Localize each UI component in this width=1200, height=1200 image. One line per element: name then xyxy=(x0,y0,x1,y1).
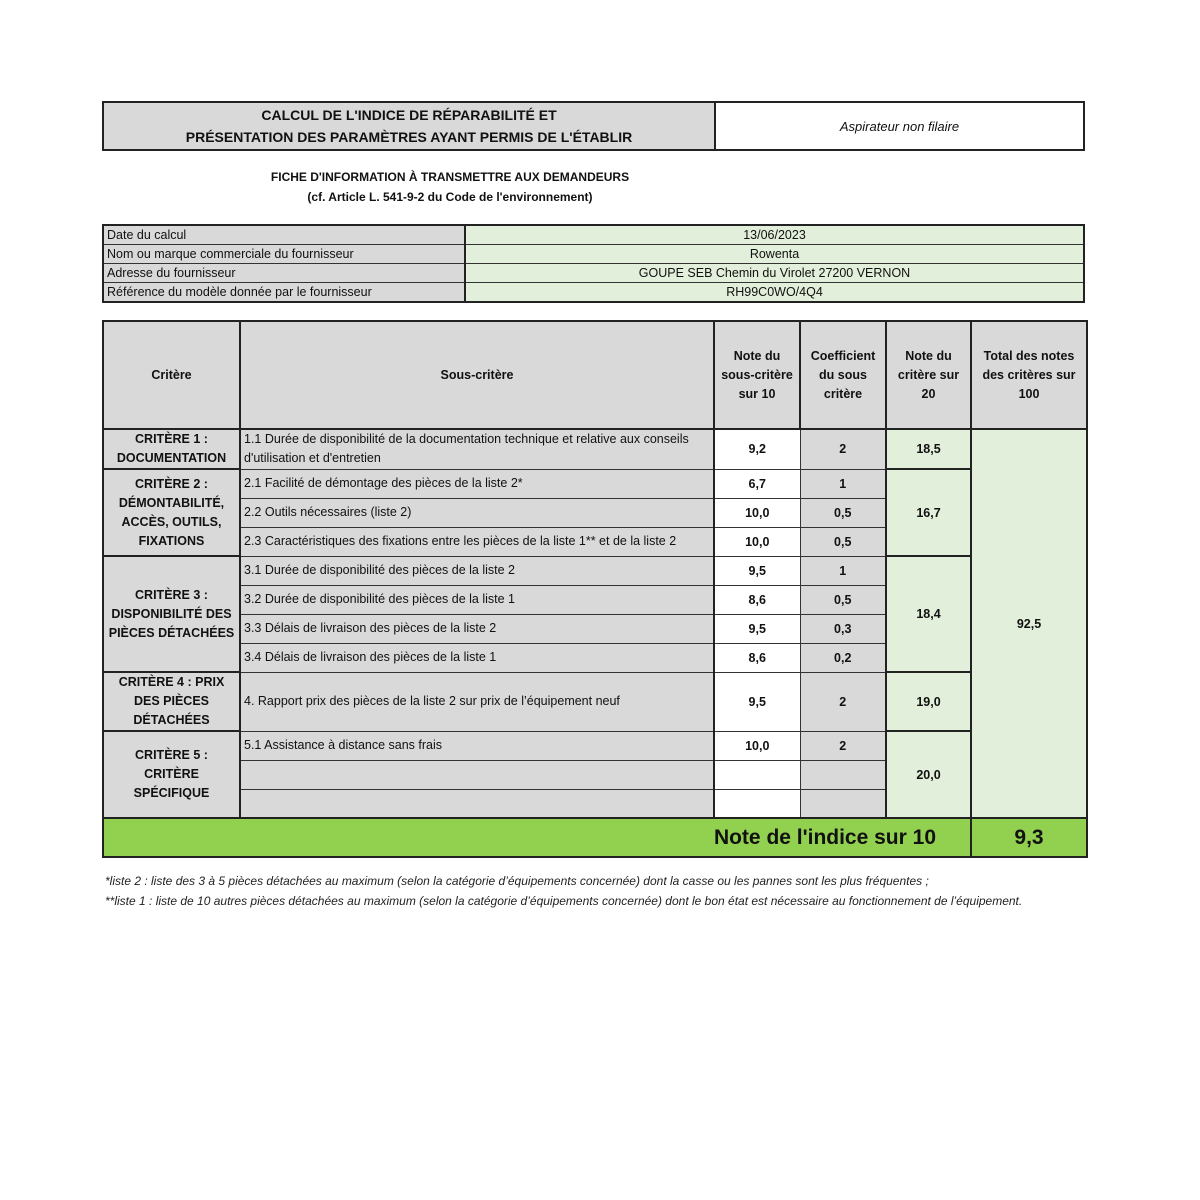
subcriterion-label: 3.1 Durée de disponibilité des pièces de… xyxy=(240,556,714,585)
subcriterion-coefficient xyxy=(800,789,886,818)
subcriterion-coefficient: 2 xyxy=(800,731,886,760)
table-row: CRITÈRE 5 : CRITÈRE SPÉCIFIQUE5.1 Assist… xyxy=(103,731,1087,760)
subcriterion-coefficient: 2 xyxy=(800,429,886,469)
subcriterion-label: 3.3 Délais de livraison des pièces de la… xyxy=(240,614,714,643)
subcriterion-label: 5.1 Assistance à distance sans frais xyxy=(240,731,714,760)
subcriterion-coefficient: 1 xyxy=(800,469,886,498)
col-critere: Critère xyxy=(103,321,240,429)
info-row: Date du calcul13/06/2023 xyxy=(103,225,1084,245)
subcriterion-coefficient xyxy=(800,760,886,789)
info-label: Référence du modèle donnée par le fourni… xyxy=(103,283,465,303)
table-row: CRITÈRE 1 : DOCUMENTATION1.1 Durée de di… xyxy=(103,429,1087,469)
col-note-critere: Note du critère sur 20 xyxy=(886,321,971,429)
subcriterion-coefficient: 1 xyxy=(800,556,886,585)
final-score-value: 9,3 xyxy=(971,818,1087,857)
subtitle-line-1: FICHE D'INFORMATION À TRANSMETTRE AUX DE… xyxy=(200,167,700,187)
criterion-note: 18,4 xyxy=(886,556,971,672)
subcriterion-note: 10,0 xyxy=(714,498,800,527)
info-row: Nom ou marque commerciale du fournisseur… xyxy=(103,245,1084,264)
supplier-info-table: Date du calcul13/06/2023Nom ou marque co… xyxy=(102,224,1085,303)
info-label: Adresse du fournisseur xyxy=(103,264,465,283)
subcriterion-coefficient: 2 xyxy=(800,672,886,731)
subcriterion-coefficient: 0,5 xyxy=(800,585,886,614)
info-value: GOUPE SEB Chemin du Virolet 27200 VERNON xyxy=(465,264,1084,283)
subcriterion-label: 3.4 Délais de livraison des pièces de la… xyxy=(240,643,714,672)
footnote-liste-2: *liste 2 : liste des 3 à 5 pièces détach… xyxy=(105,872,1065,892)
criterion-label: CRITÈRE 3 : DISPONIBILITÉ DES PIÈCES DÉT… xyxy=(103,556,240,672)
subcriterion-note: 10,0 xyxy=(714,527,800,556)
subcriterion-label xyxy=(240,789,714,818)
info-label: Date du calcul xyxy=(103,225,465,245)
subcriterion-coefficient: 0,3 xyxy=(800,614,886,643)
subcriterion-label: 2.2 Outils nécessaires (liste 2) xyxy=(240,498,714,527)
col-coefficient: Coefficient du sous critère xyxy=(800,321,886,429)
col-total: Total des notes des critères sur 100 xyxy=(971,321,1087,429)
info-label: Nom ou marque commerciale du fournisseur xyxy=(103,245,465,264)
subcriterion-note xyxy=(714,760,800,789)
criterion-note: 18,5 xyxy=(886,429,971,469)
title-line-1: CALCUL DE L'INDICE DE RÉPARABILITÉ ET xyxy=(261,104,556,126)
info-value: 13/06/2023 xyxy=(465,225,1084,245)
repairability-table: Critère Sous-critère Note du sous-critèr… xyxy=(102,320,1088,858)
title-line-2: PRÉSENTATION DES PARAMÈTRES AYANT PERMIS… xyxy=(186,126,632,148)
footnotes: *liste 2 : liste des 3 à 5 pièces détach… xyxy=(105,872,1065,911)
total-score: 92,5 xyxy=(971,429,1087,818)
subcriterion-label: 2.1 Facilité de démontage des pièces de … xyxy=(240,469,714,498)
final-score-label: Note de l'indice sur 10 xyxy=(103,818,971,857)
info-row: Adresse du fournisseurGOUPE SEB Chemin d… xyxy=(103,264,1084,283)
subcriterion-note: 10,0 xyxy=(714,731,800,760)
criterion-label: CRITÈRE 5 : CRITÈRE SPÉCIFIQUE xyxy=(103,731,240,818)
subcriterion-note: 9,5 xyxy=(714,614,800,643)
final-score-row: Note de l'indice sur 10 9,3 xyxy=(103,818,1087,857)
subcriterion-label: 2.3 Caractéristiques des fixations entre… xyxy=(240,527,714,556)
subcriterion-note: 9,5 xyxy=(714,672,800,731)
document-title: CALCUL DE L'INDICE DE RÉPARABILITÉ ET PR… xyxy=(104,103,716,149)
table-header-row: Critère Sous-critère Note du sous-critèr… xyxy=(103,321,1087,429)
info-row: Référence du modèle donnée par le fourni… xyxy=(103,283,1084,303)
col-sous-critere: Sous-critère xyxy=(240,321,714,429)
subcriterion-coefficient: 0,2 xyxy=(800,643,886,672)
subcriterion-label: 4. Rapport prix des pièces de la liste 2… xyxy=(240,672,714,731)
criterion-label: CRITÈRE 4 : PRIX DES PIÈCES DÉTACHÉES xyxy=(103,672,240,731)
subcriterion-coefficient: 0,5 xyxy=(800,527,886,556)
table-row: CRITÈRE 3 : DISPONIBILITÉ DES PIÈCES DÉT… xyxy=(103,556,1087,585)
subcriterion-label: 1.1 Durée de disponibilité de la documen… xyxy=(240,429,714,469)
product-category: Aspirateur non filaire xyxy=(716,103,1083,149)
criterion-note: 16,7 xyxy=(886,469,971,556)
subcriterion-note xyxy=(714,789,800,818)
info-value: Rowenta xyxy=(465,245,1084,264)
subtitle-line-2: (cf. Article L. 541-9-2 du Code de l'env… xyxy=(200,187,700,207)
subcriterion-coefficient: 0,5 xyxy=(800,498,886,527)
subcriterion-note: 9,5 xyxy=(714,556,800,585)
title-block: CALCUL DE L'INDICE DE RÉPARABILITÉ ET PR… xyxy=(102,101,1085,151)
table-row: CRITÈRE 2 : DÉMONTABILITÉ, ACCÈS, OUTILS… xyxy=(103,469,1087,498)
criterion-note: 20,0 xyxy=(886,731,971,818)
subcriterion-note: 9,2 xyxy=(714,429,800,469)
footnote-liste-1: **liste 1 : liste de 10 autres pièces dé… xyxy=(105,892,1065,912)
table-row: CRITÈRE 4 : PRIX DES PIÈCES DÉTACHÉES4. … xyxy=(103,672,1087,731)
subcriterion-label xyxy=(240,760,714,789)
subcriterion-note: 6,7 xyxy=(714,469,800,498)
criterion-label: CRITÈRE 1 : DOCUMENTATION xyxy=(103,429,240,469)
subcriterion-label: 3.2 Durée de disponibilité des pièces de… xyxy=(240,585,714,614)
subcriterion-note: 8,6 xyxy=(714,643,800,672)
criterion-note: 19,0 xyxy=(886,672,971,731)
info-value: RH99C0WO/4Q4 xyxy=(465,283,1084,303)
col-note-sous-critere: Note du sous-critère sur 10 xyxy=(714,321,800,429)
criterion-label: CRITÈRE 2 : DÉMONTABILITÉ, ACCÈS, OUTILS… xyxy=(103,469,240,556)
fiche-subtitle: FICHE D'INFORMATION À TRANSMETTRE AUX DE… xyxy=(200,167,700,207)
subcriterion-note: 8,6 xyxy=(714,585,800,614)
